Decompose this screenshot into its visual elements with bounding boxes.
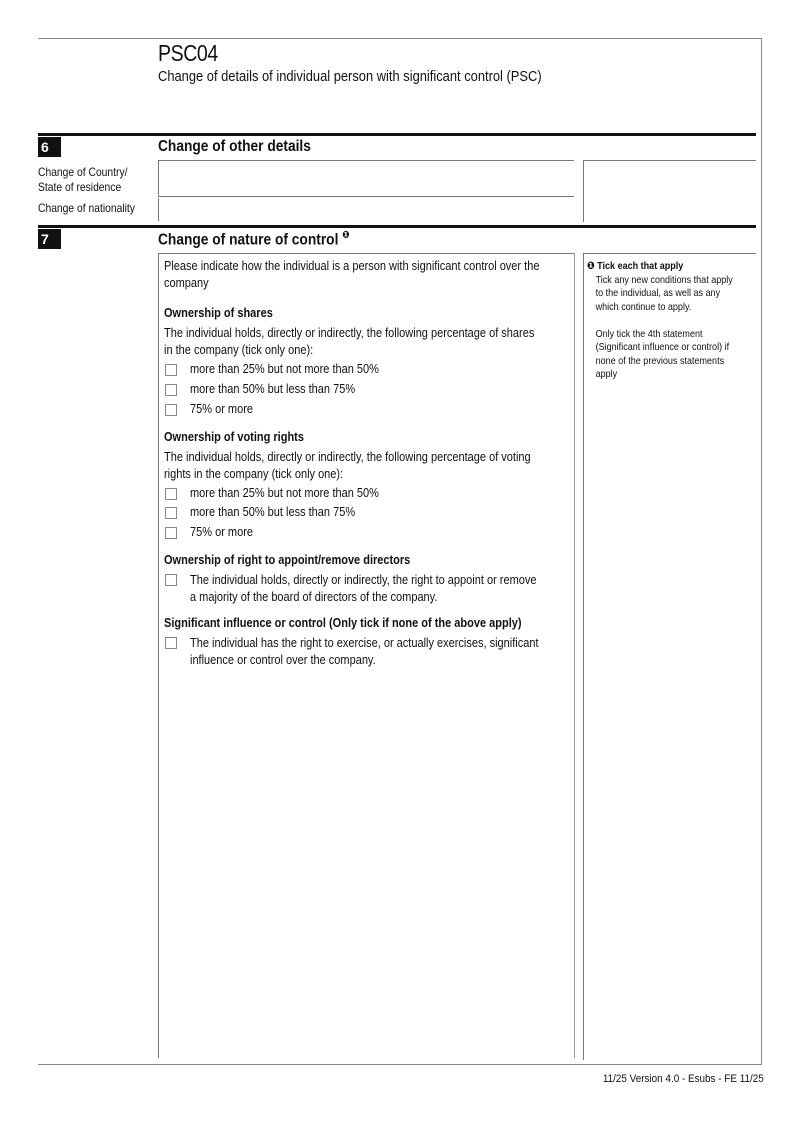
side-note-box-left bbox=[583, 253, 584, 1060]
directors-label-line-1: The individual holds, directly or indire… bbox=[190, 572, 536, 589]
note-1-marker: ❶ bbox=[342, 230, 349, 241]
country-of-residence-label: Change of Country/ State of residence bbox=[38, 165, 127, 195]
shares-75-plus-label: 75% or more bbox=[190, 401, 253, 418]
side-note-line: (Significant influence or control) if bbox=[587, 341, 733, 355]
section-7-intro: Please indicate how the individual is a … bbox=[164, 258, 539, 292]
shares-50-75-checkbox[interactable] bbox=[165, 384, 177, 396]
shares-25-50-checkbox[interactable] bbox=[165, 364, 177, 376]
section-6-rule bbox=[38, 133, 756, 136]
shares-25-50-label: more than 25% but not more than 50% bbox=[190, 361, 379, 378]
section-7-main-box-left bbox=[158, 253, 159, 1058]
shares-heading: Ownership of shares bbox=[164, 305, 273, 322]
section-6-side-box-top bbox=[583, 160, 756, 161]
nationality-label: Change of nationality bbox=[38, 201, 135, 216]
section-7-title-text: Change of nature of control bbox=[158, 231, 338, 248]
page-right-border bbox=[761, 38, 762, 1064]
influence-heading: Significant influence or control (Only t… bbox=[164, 615, 522, 632]
directors-heading: Ownership of right to appoint/remove dir… bbox=[164, 552, 410, 569]
side-note-box-top bbox=[583, 253, 756, 254]
side-note-line: to the individual, as well as any bbox=[587, 287, 733, 301]
section-6-number: 6 bbox=[38, 137, 61, 157]
section-6-title: Change of other details bbox=[158, 138, 311, 156]
voting-25-50-label: more than 25% but not more than 50% bbox=[190, 485, 379, 502]
voting-25-50-checkbox[interactable] bbox=[165, 488, 177, 500]
side-note-heading-text: Tick each that apply bbox=[597, 260, 683, 272]
side-note-line: apply bbox=[587, 368, 733, 382]
voting-50-75-checkbox[interactable] bbox=[165, 507, 177, 519]
shares-desc-line-2: in the company (tick only one): bbox=[164, 342, 534, 359]
country-of-residence-input[interactable] bbox=[158, 161, 574, 197]
side-note-line: none of the previous statements bbox=[587, 355, 733, 369]
form-code: PSC04 bbox=[158, 40, 218, 67]
voting-description: The individual holds, directly or indire… bbox=[164, 449, 531, 483]
country-label-line-1: Change of Country/ bbox=[38, 165, 127, 180]
intro-line-2: company bbox=[164, 275, 539, 292]
side-note-spacer bbox=[587, 314, 733, 328]
page-bottom-border bbox=[38, 1064, 762, 1065]
voting-75-plus-label: 75% or more bbox=[190, 524, 253, 541]
directors-label-line-2: a majority of the board of directors of … bbox=[190, 589, 536, 606]
side-note-line: Only tick the 4th statement bbox=[587, 328, 733, 342]
directors-checkbox[interactable] bbox=[165, 574, 177, 586]
influence-label-line-1: The individual has the right to exercise… bbox=[190, 635, 539, 652]
section-7-rule bbox=[38, 225, 756, 228]
section-6-side-box-left bbox=[583, 160, 584, 222]
section-7-title: Change of nature of control ❶ bbox=[158, 230, 350, 249]
influence-checkbox[interactable] bbox=[165, 637, 177, 649]
influence-label: The individual has the right to exercise… bbox=[190, 635, 539, 669]
note-1-icon: ❶ bbox=[587, 260, 595, 272]
nationality-input-left bbox=[158, 198, 159, 221]
nationality-input[interactable] bbox=[158, 198, 574, 221]
nationality-label-text: Change of nationality bbox=[38, 201, 135, 216]
side-note-line: Tick any new conditions that apply bbox=[587, 274, 733, 288]
voting-desc-line-1: The individual holds, directly or indire… bbox=[164, 449, 531, 466]
form-title: Change of details of individual person w… bbox=[158, 68, 542, 85]
voting-75-plus-checkbox[interactable] bbox=[165, 527, 177, 539]
version-footer: 11/25 Version 4.0 - Esubs - FE 11/25 bbox=[603, 1073, 764, 1085]
voting-desc-line-2: rights in the company (tick only one): bbox=[164, 466, 531, 483]
influence-label-line-2: influence or control over the company. bbox=[190, 652, 539, 669]
page-top-border bbox=[38, 38, 762, 39]
country-label-line-2: State of residence bbox=[38, 180, 127, 195]
shares-desc-line-1: The individual holds, directly or indire… bbox=[164, 325, 534, 342]
shares-description: The individual holds, directly or indire… bbox=[164, 325, 534, 359]
voting-heading: Ownership of voting rights bbox=[164, 429, 304, 446]
shares-50-75-label: more than 50% but less than 75% bbox=[190, 381, 355, 398]
voting-50-75-label: more than 50% but less than 75% bbox=[190, 504, 355, 521]
intro-line-1: Please indicate how the individual is a … bbox=[164, 258, 539, 275]
section-7-main-box-top bbox=[158, 253, 574, 254]
directors-label: The individual holds, directly or indire… bbox=[190, 572, 536, 606]
side-note-heading: ❶ Tick each that apply bbox=[587, 260, 733, 274]
side-note-line: which continue to apply. bbox=[587, 301, 733, 315]
section-7-main-box-right bbox=[574, 253, 575, 1058]
shares-75-plus-checkbox[interactable] bbox=[165, 404, 177, 416]
side-note: ❶ Tick each that apply Tick any new cond… bbox=[587, 260, 733, 382]
section-7-number: 7 bbox=[38, 229, 61, 249]
